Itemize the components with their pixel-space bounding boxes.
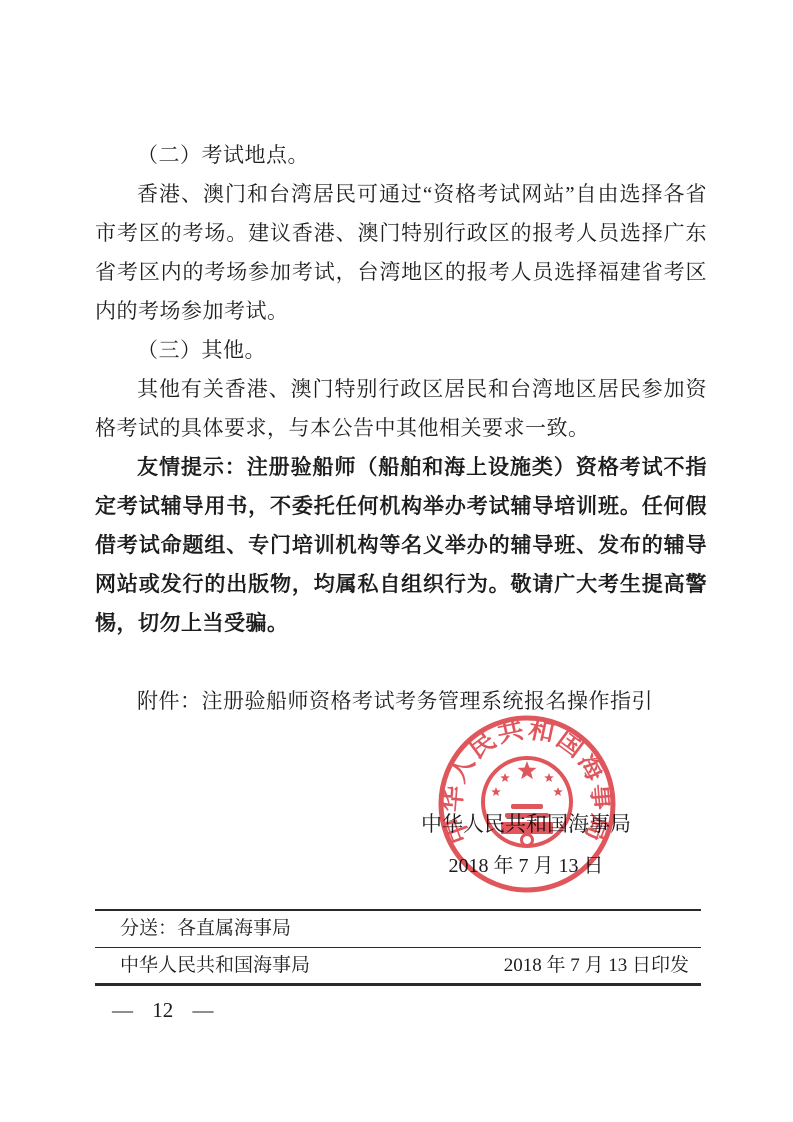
document-body: （二）考试地点。 香港、澳门和台湾居民可通过“资格考试网站”自由选择各省市考区的… xyxy=(95,136,707,721)
print-date: 2018 年 7 月 13 日印发 xyxy=(504,948,689,983)
emblem-small-star-icon xyxy=(491,787,501,796)
issuer-name: 中华人民共和国海事局 xyxy=(120,948,310,983)
issuer-row: 中华人民共和国海事局 2018 年 7 月 13 日印发 xyxy=(95,948,701,986)
version-block: 分送：各直属海事局 中华人民共和国海事局 2018 年 7 月 13 日印发 xyxy=(95,909,701,986)
emblem-small-star-icon xyxy=(553,787,563,796)
section-heading-2: （二）考试地点。 xyxy=(95,136,707,175)
paragraph-friendly-reminder: 友情提示：注册验船师（船舶和海上设施类）资格考试不指定考试辅导用书，不委托任何机… xyxy=(95,448,707,643)
page-number: — 12 — xyxy=(112,998,214,1023)
document-page: （二）考试地点。 香港、澳门和台湾居民可通过“资格考试网站”自由选择各省市考区的… xyxy=(0,0,793,1122)
paragraph-exam-location: 香港、澳门和台湾居民可通过“资格考试网站”自由选择各省市考区的考场。建议香港、澳… xyxy=(95,175,707,331)
emblem-big-star-icon xyxy=(517,761,536,779)
signature-date: 2018 年 7 月 13 日 xyxy=(415,845,637,887)
emblem-small-star-icon xyxy=(544,773,554,782)
signature-agency-name: 中华人民共和国海事局 xyxy=(415,803,637,845)
distribution-text: 分送：各直属海事局 xyxy=(120,918,291,939)
signature-block: 中华人民共和国海事局 2018 年 7 月 13 日 xyxy=(415,803,637,887)
attachment-line: 附件：注册验船师资格考试考务管理系统报名操作指引 xyxy=(95,682,707,721)
section-heading-3: （三）其他。 xyxy=(95,331,707,370)
paragraph-other-requirements: 其他有关香港、澳门特别行政区居民和台湾地区居民参加资格考试的具体要求，与本公告中… xyxy=(95,370,707,448)
emblem-small-star-icon xyxy=(500,773,510,782)
distribution-row: 分送：各直属海事局 xyxy=(95,909,701,948)
